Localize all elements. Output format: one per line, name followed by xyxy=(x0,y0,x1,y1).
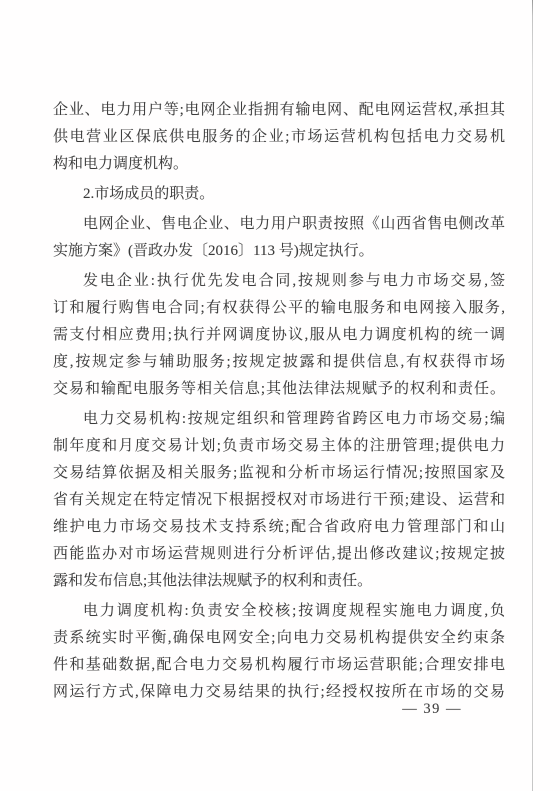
text-line: 发电企业:执行优先发电合同,按规则参与电力市场交易,签 xyxy=(53,268,505,295)
paragraph: 企业、电力用户等;电网企业指拥有输电网、配电网运营权,承担其供电营业区保底供电服… xyxy=(53,97,505,178)
page-number: — 39 — xyxy=(0,701,462,718)
text-line: 构和电力调度机构。 xyxy=(53,151,505,178)
text-line: 件和基础数据,配合电力交易机构履行市场运营职能;合理安排电 xyxy=(53,652,505,679)
text-line: 2.市场成员的职责。 xyxy=(53,181,505,208)
text-line: 电力调度机构:负责安全校核;按调度规程实施电力调度,负 xyxy=(53,598,505,625)
text-line: 实施方案》(晋政办发〔2016〕113 号)规定执行。 xyxy=(53,238,505,265)
text-line: 交易结算依据及相关服务;监视和分析市场运行情况;按照国家及 xyxy=(53,460,505,487)
text-line: 电力交易机构:按规定组织和管理跨省跨区电力市场交易;编 xyxy=(53,406,505,433)
scan-edge-line xyxy=(532,0,533,791)
paragraph: 电力调度机构:负责安全校核;按调度规程实施电力调度,负责系统实时平衡,确保电网安… xyxy=(53,598,505,706)
paragraph: 2.市场成员的职责。 xyxy=(53,181,505,208)
text-line: 露和发布信息;其他法律法规赋予的权利和责任。 xyxy=(53,568,505,595)
paragraph: 电网企业、售电企业、电力用户职责按照《山西省售电侧改革实施方案》(晋政办发〔20… xyxy=(53,211,505,265)
text-line: 西能监办对市场运营规则进行分析评估,提出修改建议;按规定披 xyxy=(53,541,505,568)
paragraph: 发电企业:执行优先发电合同,按规则参与电力市场交易,签订和履行购售电合同;有权获… xyxy=(53,268,505,403)
text-line: 电网企业、售电企业、电力用户职责按照《山西省售电侧改革 xyxy=(53,211,505,238)
text-line: 供电营业区保底供电服务的企业;市场运营机构包括电力交易机 xyxy=(53,124,505,151)
text-line: 需支付相应费用;执行并网调度协议,服从电力调度机构的统一调 xyxy=(53,322,505,349)
text-line: 度,按规定参与辅助服务;按规定披露和提供信息,有权获得市场 xyxy=(53,349,505,376)
text-line: 制年度和月度交易计划;负责市场交易主体的注册管理;提供电力 xyxy=(53,433,505,460)
text-line: 省有关规定在特定情况下根据授权对市场进行干预;建设、运营和 xyxy=(53,487,505,514)
text-line: 交易和输配电服务等相关信息;其他法律法规赋予的权利和责任。 xyxy=(53,376,505,403)
document-page: 企业、电力用户等;电网企业指拥有输电网、配电网运营权,承担其供电营业区保底供电服… xyxy=(0,0,560,791)
text-line: 维护电力市场交易技术支持系统;配合省政府电力管理部门和山 xyxy=(53,514,505,541)
text-line: 企业、电力用户等;电网企业指拥有输电网、配电网运营权,承担其 xyxy=(53,97,505,124)
text-line: 责系统实时平衡,确保电网安全;向电力交易机构提供安全约束条 xyxy=(53,625,505,652)
paragraph: 电力交易机构:按规定组织和管理跨省跨区电力市场交易;编制年度和月度交易计划;负责… xyxy=(53,406,505,595)
document-body: 企业、电力用户等;电网企业指拥有输电网、配电网运营权,承担其供电营业区保底供电服… xyxy=(53,97,505,706)
text-line: 订和履行购售电合同;有权获得公平的输电服务和电网接入服务, xyxy=(53,295,505,322)
